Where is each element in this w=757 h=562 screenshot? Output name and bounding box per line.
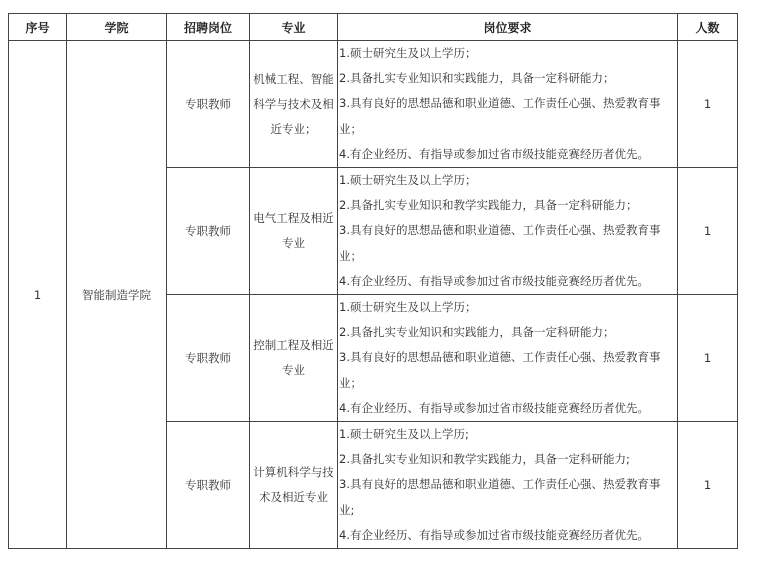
- requirement-line: 业；: [339, 117, 677, 142]
- requirements-cell: 1.硕士研究生及以上学历; 2.具备扎实专业知识和教学实践能力，具备一定科研能力…: [338, 422, 678, 549]
- header-position: 招聘岗位: [167, 14, 250, 41]
- table-header-row: 序号 学院 招聘岗位 专业 岗位要求 人数: [9, 14, 738, 41]
- requirement-line: 4.有企业经历、有指导或参加过省市级技能竞赛经历者优先。: [339, 269, 677, 294]
- requirement-line: 1.硕士研究生及以上学历；: [339, 295, 677, 320]
- header-major: 专业: [250, 14, 338, 41]
- major-cell: 电气工程及相近专业: [250, 168, 338, 295]
- requirement-line: 业；: [339, 244, 677, 269]
- count-cell: 1: [678, 295, 738, 422]
- requirement-line: 4.有企业经历、有指导或参加过省市级技能竞赛经历者优先。: [339, 523, 677, 548]
- table-row: 1 智能制造学院 专职教师 机械工程、智能科学与技术及相近专业； 1.硕士研究生…: [9, 41, 738, 168]
- requirement-line: 4.有企业经历、有指导或参加过省市级技能竞赛经历者优先。: [339, 396, 677, 421]
- requirement-line: 1.硕士研究生及以上学历；: [339, 41, 677, 66]
- position-cell: 专职教师: [167, 41, 250, 168]
- index-cell: 1: [9, 41, 67, 549]
- requirement-line: 2.具备扎实专业知识和教学实践能力，具备一定科研能力；: [339, 193, 677, 218]
- position-cell: 专职教师: [167, 168, 250, 295]
- requirement-line: 1.硕士研究生及以上学历;: [339, 422, 677, 447]
- requirement-line: 3.具有良好的思想品德和职业道德、工作责任心强、热爱教育事: [339, 472, 677, 497]
- requirement-line: 业；: [339, 371, 677, 396]
- requirement-line: 2.具备扎实专业知识和教学实践能力，具备一定科研能力;: [339, 447, 677, 472]
- position-cell: 专职教师: [167, 295, 250, 422]
- position-cell: 专职教师: [167, 422, 250, 549]
- major-cell: 控制工程及相近专业: [250, 295, 338, 422]
- count-cell: 1: [678, 422, 738, 549]
- requirements-cell: 1.硕士研究生及以上学历； 2.具备扎实专业知识和实践能力，具备一定科研能力； …: [338, 41, 678, 168]
- requirement-line: 4.有企业经历、有指导或参加过省市级技能竞赛经历者优先。: [339, 142, 677, 167]
- count-cell: 1: [678, 168, 738, 295]
- major-cell: 计算机科学与技术及相近专业: [250, 422, 338, 549]
- requirement-line: 业;: [339, 498, 677, 523]
- requirement-line: 1.硕士研究生及以上学历；: [339, 168, 677, 193]
- header-college: 学院: [67, 14, 167, 41]
- header-requirements: 岗位要求: [338, 14, 678, 41]
- college-cell: 智能制造学院: [67, 41, 167, 549]
- requirement-line: 3.具有良好的思想品德和职业道德、工作责任心强、热爱教育事: [339, 91, 677, 116]
- header-count: 人数: [678, 14, 738, 41]
- count-cell: 1: [678, 41, 738, 168]
- major-cell: 机械工程、智能科学与技术及相近专业；: [250, 41, 338, 168]
- requirements-cell: 1.硕士研究生及以上学历； 2.具备扎实专业知识和教学实践能力，具备一定科研能力…: [338, 168, 678, 295]
- requirement-line: 2.具备扎实专业知识和实践能力，具备一定科研能力；: [339, 320, 677, 345]
- header-index: 序号: [9, 14, 67, 41]
- requirement-line: 3.具有良好的思想品德和职业道德、工作责任心强、热爱教育事: [339, 218, 677, 243]
- requirements-cell: 1.硕士研究生及以上学历； 2.具备扎实专业知识和实践能力，具备一定科研能力； …: [338, 295, 678, 422]
- requirement-line: 2.具备扎实专业知识和实践能力，具备一定科研能力；: [339, 66, 677, 91]
- requirement-line: 3.具有良好的思想品德和职业道德、工作责任心强、热爱教育事: [339, 345, 677, 370]
- recruitment-table: 序号 学院 招聘岗位 专业 岗位要求 人数 1 智能制造学院 专职教师 机械工程…: [8, 13, 738, 549]
